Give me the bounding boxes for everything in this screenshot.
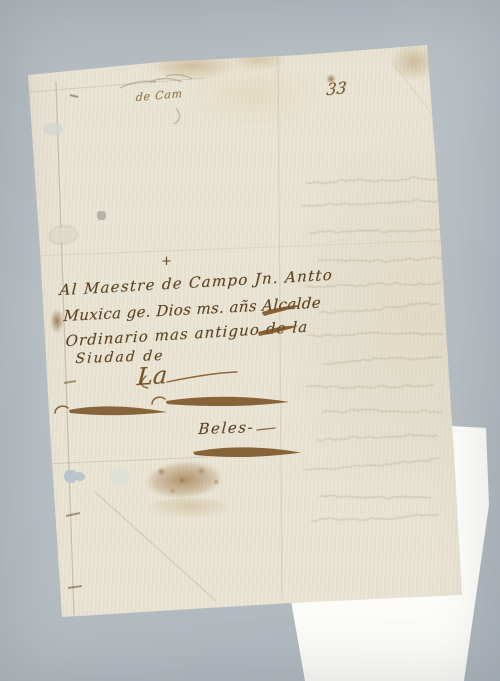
flourish-word-la: La: [136, 361, 168, 391]
scanned-document-photo: de Cam 33 + Al Maestre de Campo Jn. Antt…: [0, 0, 500, 681]
dark-speck: [97, 211, 106, 220]
stain-wash: [146, 498, 232, 518]
destination-beles: Beles-: [198, 418, 255, 438]
cross-mark: +: [161, 254, 172, 269]
paper-tear-patch: [111, 469, 130, 485]
folio-number: 33: [326, 78, 348, 99]
manuscript-leaf: de Cam 33 + Al Maestre de Campo Jn. Antt…: [0, 0, 500, 681]
paper-hole: [75, 472, 85, 481]
paper-tear-patch: [43, 123, 63, 135]
